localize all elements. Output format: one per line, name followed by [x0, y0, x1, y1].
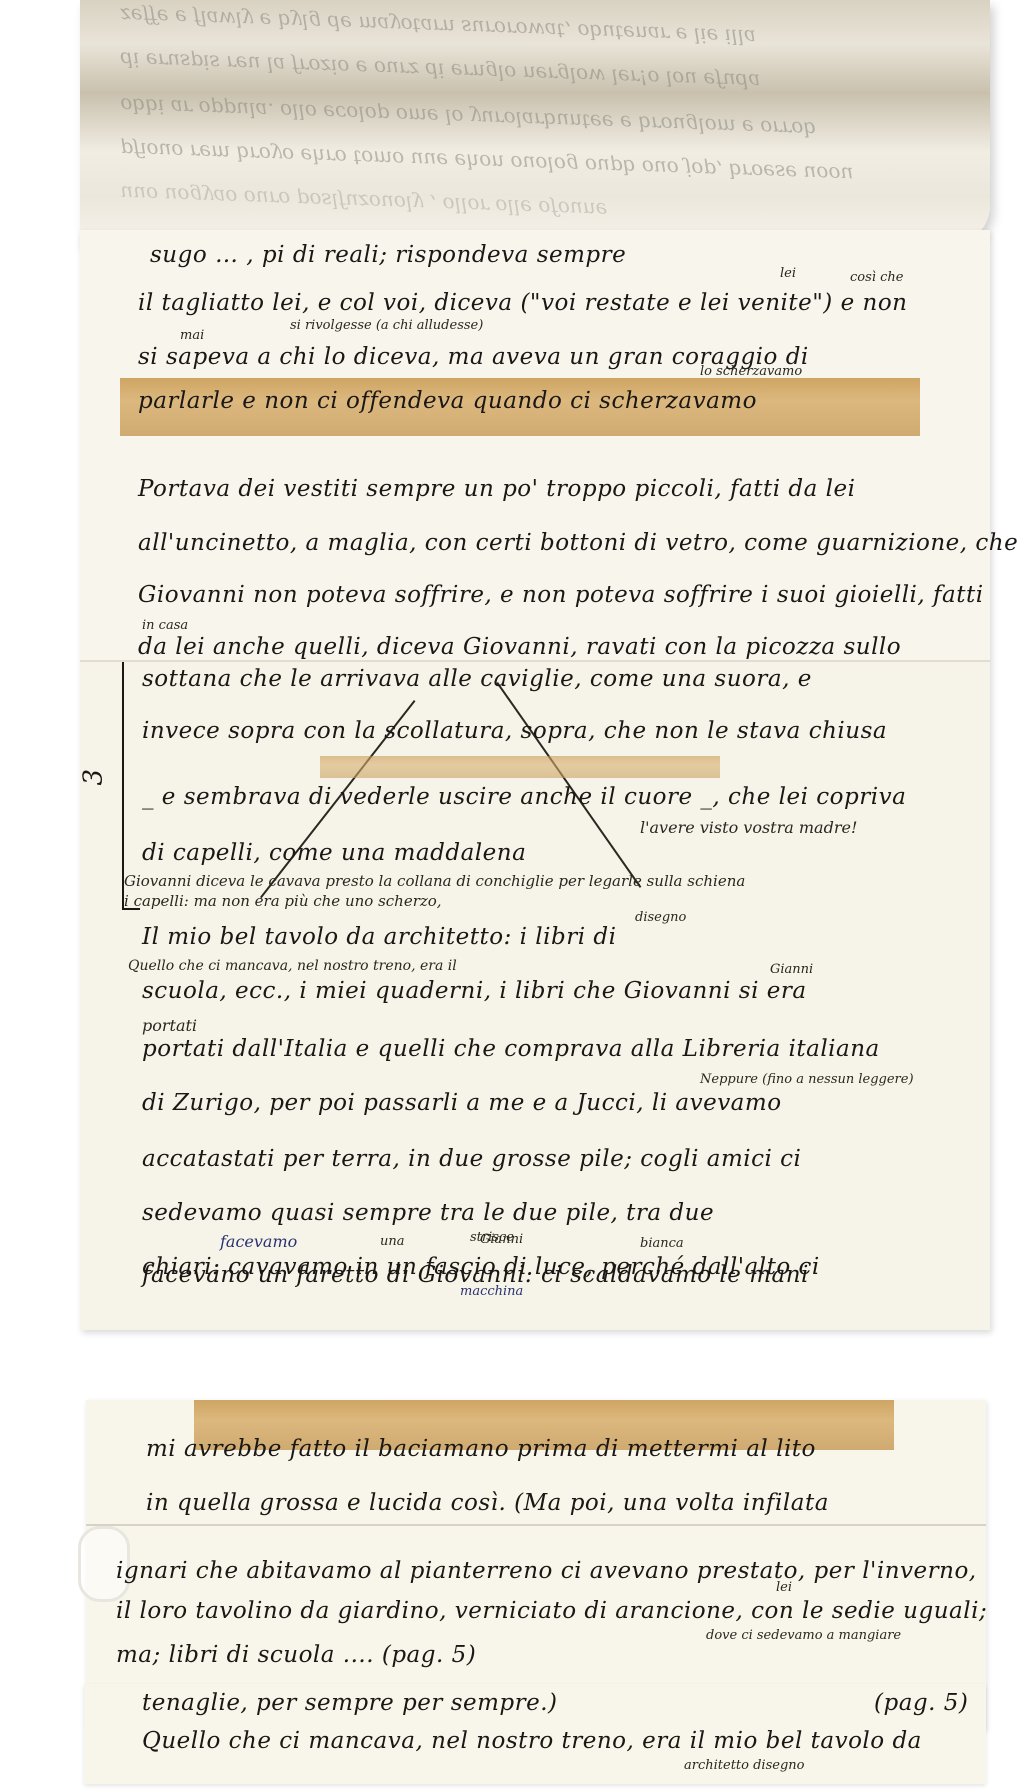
manuscript-line: parlarle e non ci offendeva quando ci sc…	[138, 388, 757, 414]
ghost-line: pfiouo rem broyo ehro tomo uue ehon ouol…	[120, 137, 960, 190]
bottom-slip: mi avrebbe fatto il baciamano prima di m…	[86, 1400, 986, 1730]
manuscript-line: Giovanni non poteva soffrire, e non pote…	[138, 582, 984, 608]
annotation: Gianni	[480, 1232, 523, 1247]
annotation: Quello che ci mancava, nel nostro treno,…	[128, 958, 457, 974]
manuscript-line: Portava dei vestiti sempre un po' troppo…	[138, 476, 855, 502]
manuscript-line: tenaglie, per sempre per sempre.)	[142, 1690, 558, 1716]
torn-slip: tenaglie, per sempre per sempre.) (pag. …	[84, 1684, 986, 1784]
curled-page: zeffe e flawly e bylg de mayotarn suroro…	[80, 0, 990, 245]
manuscript-line: Quello che ci mancava, nel nostro treno,…	[142, 1728, 922, 1754]
sub-sheet: 3 sottana che le arrivava alle caviglie,…	[80, 660, 990, 1330]
fold-line	[86, 1524, 986, 1526]
annotation: Neppure (fino a nessun leggere)	[700, 1072, 914, 1087]
annotation: mai	[180, 328, 204, 343]
annotation: dove ci sedevamo a mangiare	[706, 1628, 901, 1643]
annotation: Giovanni diceva le cavava presto la coll…	[124, 872, 745, 890]
annotation: lo scherzavamo	[700, 364, 802, 379]
manuscript-line: di Zurigo, per poi passarli a me e a Juc…	[142, 1090, 782, 1116]
manuscript-line: il loro tavolino da giardino, verniciato…	[116, 1598, 987, 1624]
annotation: così che	[850, 270, 903, 285]
manuscript-line: in quella grossa e lucida così. (Ma poi,…	[146, 1490, 829, 1516]
annotation: lei	[776, 1580, 792, 1595]
tape-strip	[320, 756, 720, 778]
annotation: in casa	[142, 618, 188, 633]
annotation: lei	[780, 266, 796, 281]
manuscript-line: ignari che abitavamo al pianterreno ci a…	[116, 1558, 977, 1584]
manuscript-line: di capelli, come una maddalena	[142, 840, 526, 866]
manuscript-line: _ e sembrava di vederle uscire anche il …	[142, 784, 906, 810]
page-reference: (pag. 5)	[874, 1690, 968, 1716]
manuscript-line: accatastati per terra, in due grosse pil…	[142, 1146, 801, 1172]
annotation: si rivolgesse (a chi alludesse)	[290, 318, 483, 333]
manuscript-line: invece sopra con la scollatura, sopra, c…	[142, 718, 887, 744]
ghost-line: zeffe e flawly e bylg de mayotarn suroro…	[120, 3, 960, 56]
manuscript-line: portati dall'Italia e quelli che comprav…	[142, 1036, 880, 1062]
manuscript-line: il tagliatto lei, e col voi, diceva ("vo…	[138, 290, 907, 316]
annotation: disegno	[635, 910, 686, 925]
manuscript-line: ma; libri di scuola .... (pag. 5)	[116, 1642, 476, 1668]
ghost-line: obbi ar oppula. ollo ecolop ome lo yurol…	[120, 93, 960, 146]
manuscript-line: scuola, ecc., i miei quaderni, i libri c…	[142, 978, 807, 1004]
manuscript-line: sottana che le arrivava alle caviglie, c…	[142, 666, 812, 692]
manuscript-line: sedevamo quasi sempre tra le due pile, t…	[142, 1200, 714, 1226]
manuscript-line: sugo … , pi di reali; rispondeva sempre	[150, 242, 626, 268]
annotation: una	[380, 1234, 405, 1249]
annotation: Gianni	[770, 962, 813, 977]
ghost-line: di eruspis reu la frozio e ourz di erngl…	[120, 47, 960, 100]
annotation: portati	[142, 1016, 197, 1035]
annotation: architetto disegno	[684, 1758, 804, 1773]
manuscript-line: da lei anche quelli, diceva Giovanni, ra…	[138, 634, 901, 660]
annotation: facevamo	[220, 1232, 297, 1251]
margin-number: 3	[79, 768, 109, 785]
manuscript-line: facevano un faretto di Giovanni: ci scal…	[142, 1262, 809, 1288]
ghost-line: uuo uogyao ouro poslfuzouoly , ollor oll…	[120, 181, 960, 234]
manuscript-line: Il mio bel tavolo da architetto: i libri…	[142, 924, 616, 950]
manuscript-line: all'uncinetto, a maglia, con certi botto…	[138, 530, 1018, 556]
annotation: l'avere visto vostra madre!	[640, 818, 857, 837]
annotation: i capelli: ma non era più che uno scherz…	[124, 892, 442, 910]
manuscript-line: mi avrebbe fatto il baciamano prima di m…	[146, 1436, 816, 1462]
annotation: bianca	[640, 1236, 684, 1251]
